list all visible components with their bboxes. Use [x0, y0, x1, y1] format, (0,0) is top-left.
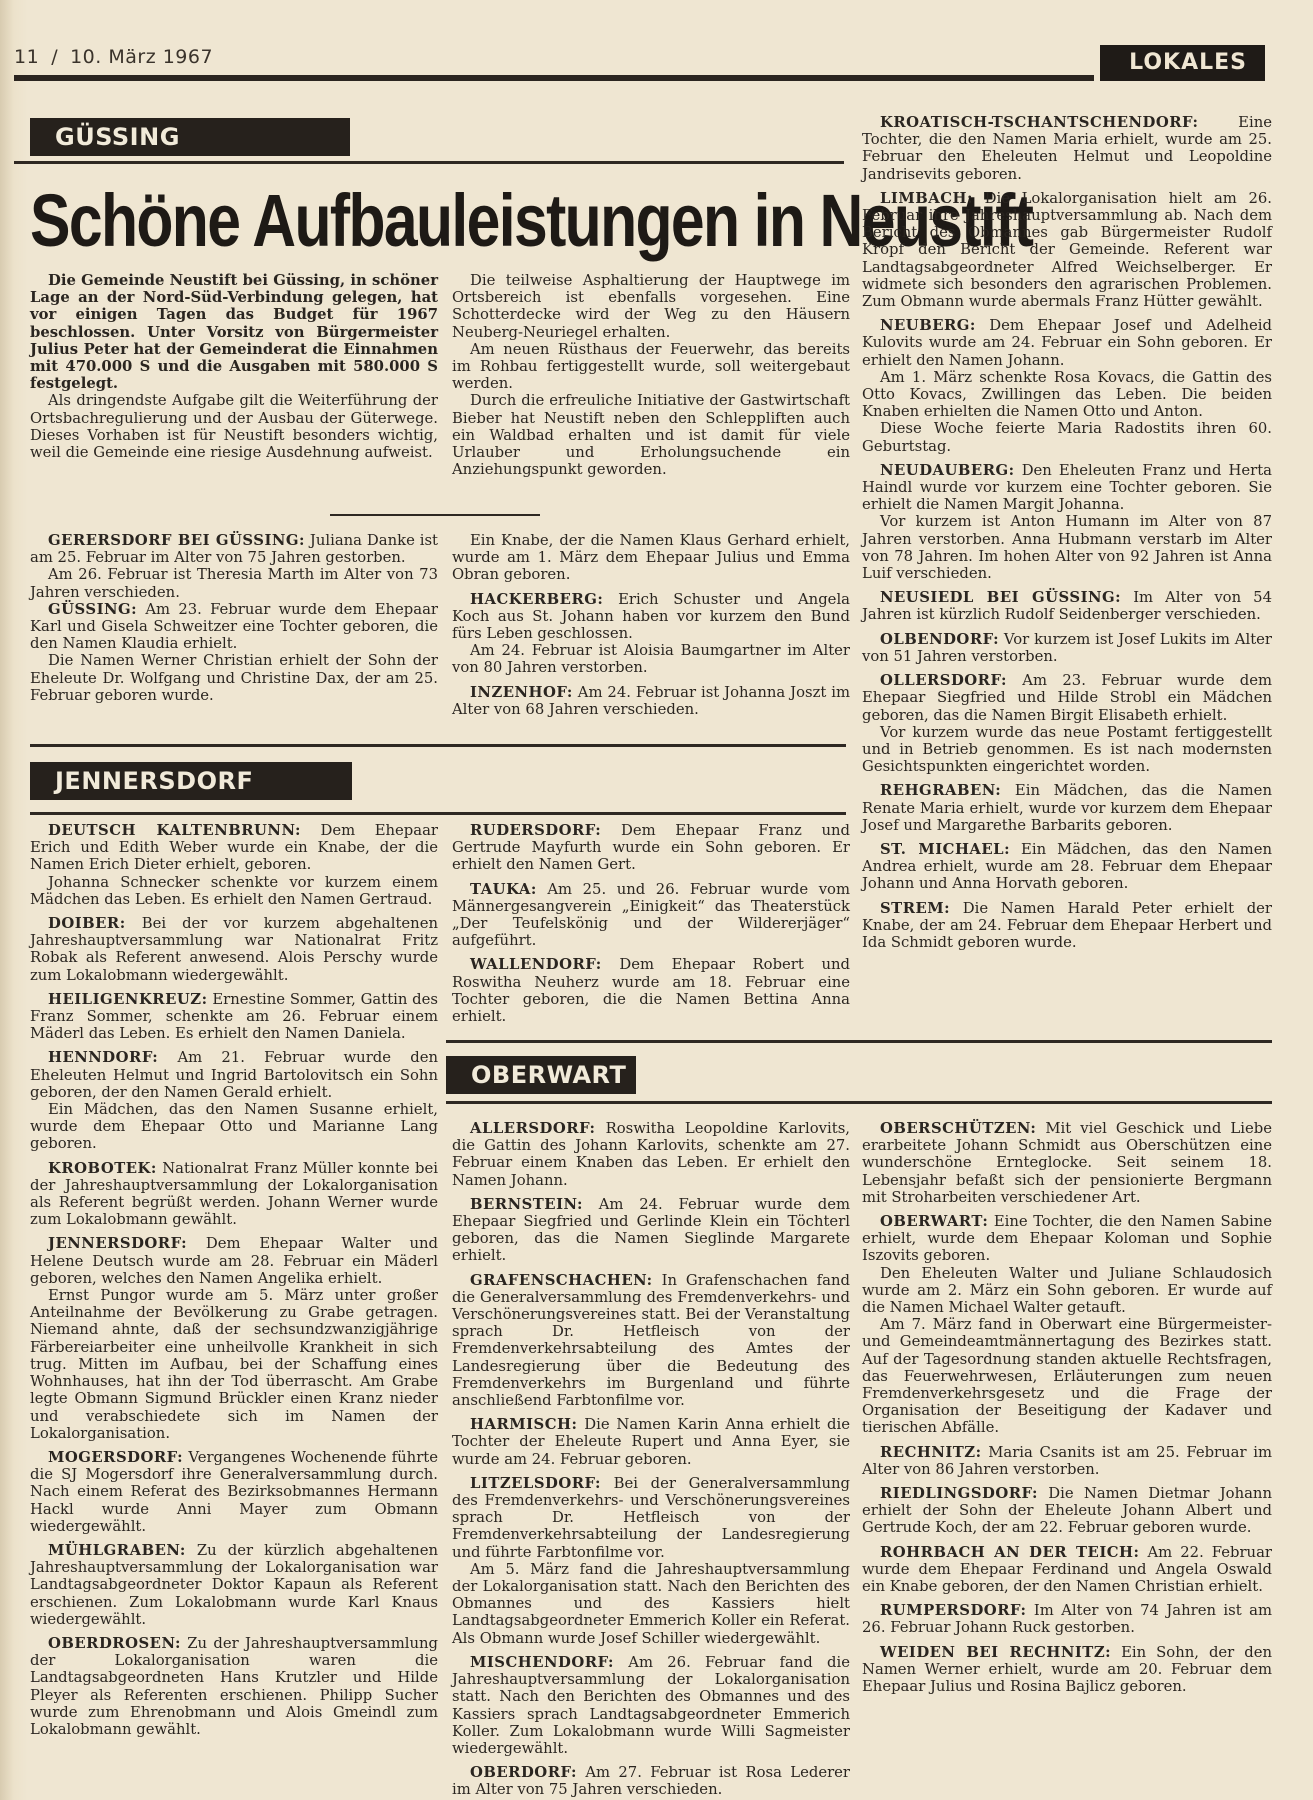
notice-place: INZENHOF: — [470, 684, 573, 701]
notice-place: OLBENDORF: — [880, 631, 999, 648]
notice-place: TAUKA: — [470, 881, 537, 898]
notice-item: Am 5. März fand die Jahreshauptversammlu… — [452, 1561, 850, 1647]
article-paragraph: Die teilweise Asphaltierung der Hauptweg… — [452, 272, 850, 341]
notice-item: MÜHLGRABEN: Zu der kürzlich abgehaltenen… — [30, 1542, 438, 1628]
notice-item: Vor kurzem wurde das neue Postamt fertig… — [862, 724, 1272, 776]
notice-item: NEUBERG: Dem Ehepaar Josef und Adelheid … — [862, 317, 1272, 369]
notice-item: RUMPERSDORF: Im Alter von 74 Jahren ist … — [862, 1602, 1272, 1636]
notice-item: LITZELSDORF: Bei der Generalversammlung … — [452, 1475, 850, 1561]
notice-item: RECHNITZ: Maria Csanits ist am 25. Febru… — [862, 1444, 1272, 1478]
notice-item: Ein Knabe, der die Namen Klaus Gerhard e… — [452, 532, 850, 584]
section-rule — [446, 1040, 1272, 1043]
notice-item: Ernst Pungor wurde am 5. März unter groß… — [30, 1287, 438, 1442]
notice-item: MISCHENDORF: Am 26. Februar fand die Jah… — [452, 1654, 850, 1757]
notice-place: GÜSSING: — [48, 601, 137, 618]
notice-item: KROBOTEK: Nationalrat Franz Müller konnt… — [30, 1160, 438, 1229]
section-rule — [446, 1101, 1272, 1104]
notice-item: OLLERSDORF: Am 23. Februar wurde dem Ehe… — [862, 672, 1272, 724]
notice-item: Am 7. März fand in Oberwart eine Bürgerm… — [862, 1316, 1272, 1436]
notice-item: MOGERSDORF: Vergangenes Wochenende führt… — [30, 1449, 438, 1535]
notice-item: Die Namen Werner Christian erhielt der S… — [30, 652, 438, 704]
notice-item: INZENHOF: Am 24. Februar ist Johanna Jos… — [452, 684, 850, 718]
notice-item: ST. MICHAEL: Ein Mädchen, das den Namen … — [862, 841, 1272, 893]
notice-item: RUDERSDORF: Dem Ehepaar Franz und Gertru… — [452, 822, 850, 874]
notice-place: WEIDEN BEI RECHNITZ: — [880, 1644, 1111, 1661]
section-rule — [14, 161, 844, 164]
header-separator: / — [51, 46, 58, 68]
notice-item: DOIBER: Bei der vor kurzem abgehaltenen … — [30, 915, 438, 984]
notices-column-guessing-2: Ein Knabe, der die Namen Klaus Gerhard e… — [452, 532, 850, 718]
notices-column-guessing-3: KROATISCH-TSCHANTSCHENDORF: Eine Tochter… — [862, 114, 1272, 951]
notice-item: OBERDORF: Am 27. Februar ist Rosa Ledere… — [452, 1764, 850, 1798]
notice-item: Vor kurzem ist Anton Humann im Alter von… — [862, 513, 1272, 582]
notice-place: NEUBERG: — [880, 317, 976, 334]
notice-place: LITZELSDORF: — [470, 1475, 601, 1492]
notice-item: OBERDROSEN: Zu der Jahreshauptversammlun… — [30, 1635, 438, 1738]
notice-place: LIMBACH: — [880, 190, 973, 207]
notice-item: ROHRBACH AN DER TEICH: Am 22. Februar wu… — [862, 1544, 1272, 1596]
notice-place: NEUSIEDL BEI GÜSSING: — [880, 589, 1121, 606]
notice-place: RUMPERSDORF: — [880, 1602, 1026, 1619]
notice-place: OBERSCHÜTZEN: — [880, 1120, 1036, 1137]
section-rule — [30, 744, 846, 747]
notice-place: NEUDAUBERG: — [880, 462, 1015, 479]
notice-item: STREM: Die Namen Harald Peter erhielt de… — [862, 900, 1272, 952]
notice-item: GÜSSING: Am 23. Februar wurde dem Ehepaa… — [30, 601, 438, 653]
notice-item: KROATISCH-TSCHANTSCHENDORF: Eine Tochter… — [862, 114, 1272, 183]
district-banner-jennersdorf: JENNERSDORF — [30, 762, 352, 800]
notice-item: NEUDAUBERG: Den Eheleuten Franz und Hert… — [862, 462, 1272, 514]
notice-item: RIEDLINGSDORF: Die Namen Dietmar Johann … — [862, 1485, 1272, 1537]
district-banner-guessing: GÜSSING — [30, 118, 350, 156]
article-paragraph: Am neuen Rüsthaus der Feuerwehr, das ber… — [452, 341, 850, 393]
section-rule — [30, 812, 846, 815]
notices-column-jennersdorf-2: RUDERSDORF: Dem Ehepaar Franz und Gertru… — [452, 822, 850, 1025]
notice-item: HARMISCH: Die Namen Karin Anna erhielt d… — [452, 1416, 850, 1468]
notice-item: HENNDORF: Am 21. Februar wurde den Ehele… — [30, 1049, 438, 1101]
notice-place: JENNERSDORF: — [48, 1235, 187, 1252]
notice-item: Den Eheleuten Walter und Juliane Schlaud… — [862, 1265, 1272, 1317]
notice-place: OBERDROSEN: — [48, 1635, 181, 1652]
notice-item: TAUKA: Am 25. und 26. Februar wurde vom … — [452, 881, 850, 950]
notice-place: MISCHENDORF: — [470, 1654, 614, 1671]
article-column-1: Die Gemeinde Neustift bei Güssing, in sc… — [30, 272, 438, 461]
notice-place: KROATISCH-TSCHANTSCHENDORF: — [880, 114, 1198, 131]
notice-place: HARMISCH: — [470, 1416, 577, 1433]
article-lead: Die Gemeinde Neustift bei Güssing, in sc… — [30, 272, 438, 392]
notice-item: WEIDEN BEI RECHNITZ: Ein Sohn, der den N… — [862, 1644, 1272, 1696]
article-paragraph: Durch die erfreuliche Initiative der Gas… — [452, 392, 850, 478]
notice-place: STREM: — [880, 900, 950, 917]
page-header: 11/10. März 1967 — [14, 46, 213, 68]
notice-place: RIEDLINGSDORF: — [880, 1485, 1038, 1502]
notice-place: GRAFENSCHACHEN: — [470, 1272, 653, 1289]
issue-date: 10. März 1967 — [70, 46, 213, 68]
notice-item: GERERSDORF BEI GÜSSING: Juliana Danke is… — [30, 532, 438, 566]
notice-item: JENNERSDORF: Dem Ehepaar Walter und Hele… — [30, 1235, 438, 1287]
notice-place: RUDERSDORF: — [470, 822, 601, 839]
notice-place: RECHNITZ: — [880, 1444, 982, 1461]
notice-item: Diese Woche feierte Maria Radostits ihre… — [862, 420, 1272, 454]
section-label: LOKALES — [1100, 45, 1265, 81]
notice-place: OBERWART: — [880, 1213, 988, 1230]
notice-item: REHGRABEN: Ein Mädchen, das die Namen Re… — [862, 782, 1272, 834]
notice-place: MÜHLGRABEN: — [48, 1542, 186, 1559]
page-number: 11 — [14, 46, 39, 68]
notice-item: NEUSIEDL BEI GÜSSING: Im Alter von 54 Ja… — [862, 589, 1272, 623]
notice-item: OBERWART: Eine Tochter, die den Namen Sa… — [862, 1213, 1272, 1265]
notices-column-guessing-1: GERERSDORF BEI GÜSSING: Juliana Danke is… — [30, 532, 438, 704]
notice-item: DEUTSCH KALTENBRUNN: Dem Ehepaar Erich u… — [30, 822, 438, 874]
header-rule — [14, 75, 1094, 81]
notice-item: Am 1. März schenkte Rosa Kovacs, die Gat… — [862, 369, 1272, 421]
notice-item: Johanna Schnecker schenkte vor kurzem ei… — [30, 874, 438, 908]
notice-place: WALLENDORF: — [470, 956, 602, 973]
notice-item: ALLERSDORF: Roswitha Leopoldine Karlovit… — [452, 1120, 850, 1189]
article-paragraph: Als dringendste Aufgabe gilt die Weiterf… — [30, 392, 438, 461]
notice-place: REHGRABEN: — [880, 782, 1001, 799]
notice-place: GERERSDORF BEI GÜSSING: — [48, 532, 305, 549]
notice-place: DOIBER: — [48, 915, 126, 932]
notice-place: OBERDORF: — [470, 1764, 577, 1781]
notice-place: DEUTSCH KALTENBRUNN: — [48, 822, 301, 839]
notice-place: HACKERBERG: — [470, 591, 603, 608]
notice-place: MOGERSDORF: — [48, 1449, 183, 1466]
notices-column-oberwart-2: OBERSCHÜTZEN: Mit viel Geschick und Lieb… — [862, 1120, 1272, 1695]
notice-item: Am 26. Februar ist Theresia Marth im Alt… — [30, 566, 438, 600]
notices-column-oberwart-1: ALLERSDORF: Roswitha Leopoldine Karlovit… — [452, 1120, 850, 1799]
notice-item: Am 24. Februar ist Aloisia Baumgartner i… — [452, 642, 850, 676]
notice-place: ST. MICHAEL: — [880, 841, 1010, 858]
notice-item: OBERSCHÜTZEN: Mit viel Geschick und Lieb… — [862, 1120, 1272, 1206]
district-banner-oberwart: OBERWART — [446, 1056, 636, 1094]
notice-place: ROHRBACH AN DER TEICH: — [880, 1544, 1139, 1561]
notice-item: OLBENDORF: Vor kurzem ist Josef Lukits i… — [862, 631, 1272, 665]
notices-column-jennersdorf-1: DEUTSCH KALTENBRUNN: Dem Ehepaar Erich u… — [30, 822, 438, 1738]
notice-place: HENNDORF: — [48, 1049, 158, 1066]
notice-item: Ein Mädchen, das den Namen Susanne erhie… — [30, 1101, 438, 1153]
notice-item: WALLENDORF: Dem Ehepaar Robert und Roswi… — [452, 956, 850, 1025]
notice-place: HEILIGENKREUZ: — [48, 991, 208, 1008]
article-column-2: Die teilweise Asphaltierung der Hauptweg… — [452, 272, 850, 478]
notice-place: OLLERSDORF: — [880, 672, 1007, 689]
notice-place: ALLERSDORF: — [470, 1120, 596, 1137]
notice-item: GRAFENSCHACHEN: In Grafenschachen fand d… — [452, 1272, 850, 1410]
notice-place: KROBOTEK: — [48, 1160, 157, 1177]
newspaper-page: 11/10. März 1967 LOKALES GÜSSING Schöne … — [0, 0, 1313, 1800]
notice-item: BERNSTEIN: Am 24. Februar wurde dem Ehep… — [452, 1196, 850, 1265]
notice-item: HEILIGENKREUZ: Ernestine Sommer, Gattin … — [30, 991, 438, 1043]
article-headline: Schöne Aufbauleistungen in Neustift — [30, 180, 694, 262]
notice-item: LIMBACH: Die Lokalorganisation hielt am … — [862, 190, 1272, 310]
notice-item: HACKERBERG: Erich Schuster und Angela Ko… — [452, 591, 850, 643]
notice-place: BERNSTEIN: — [470, 1196, 583, 1213]
article-end-rule — [330, 514, 540, 516]
